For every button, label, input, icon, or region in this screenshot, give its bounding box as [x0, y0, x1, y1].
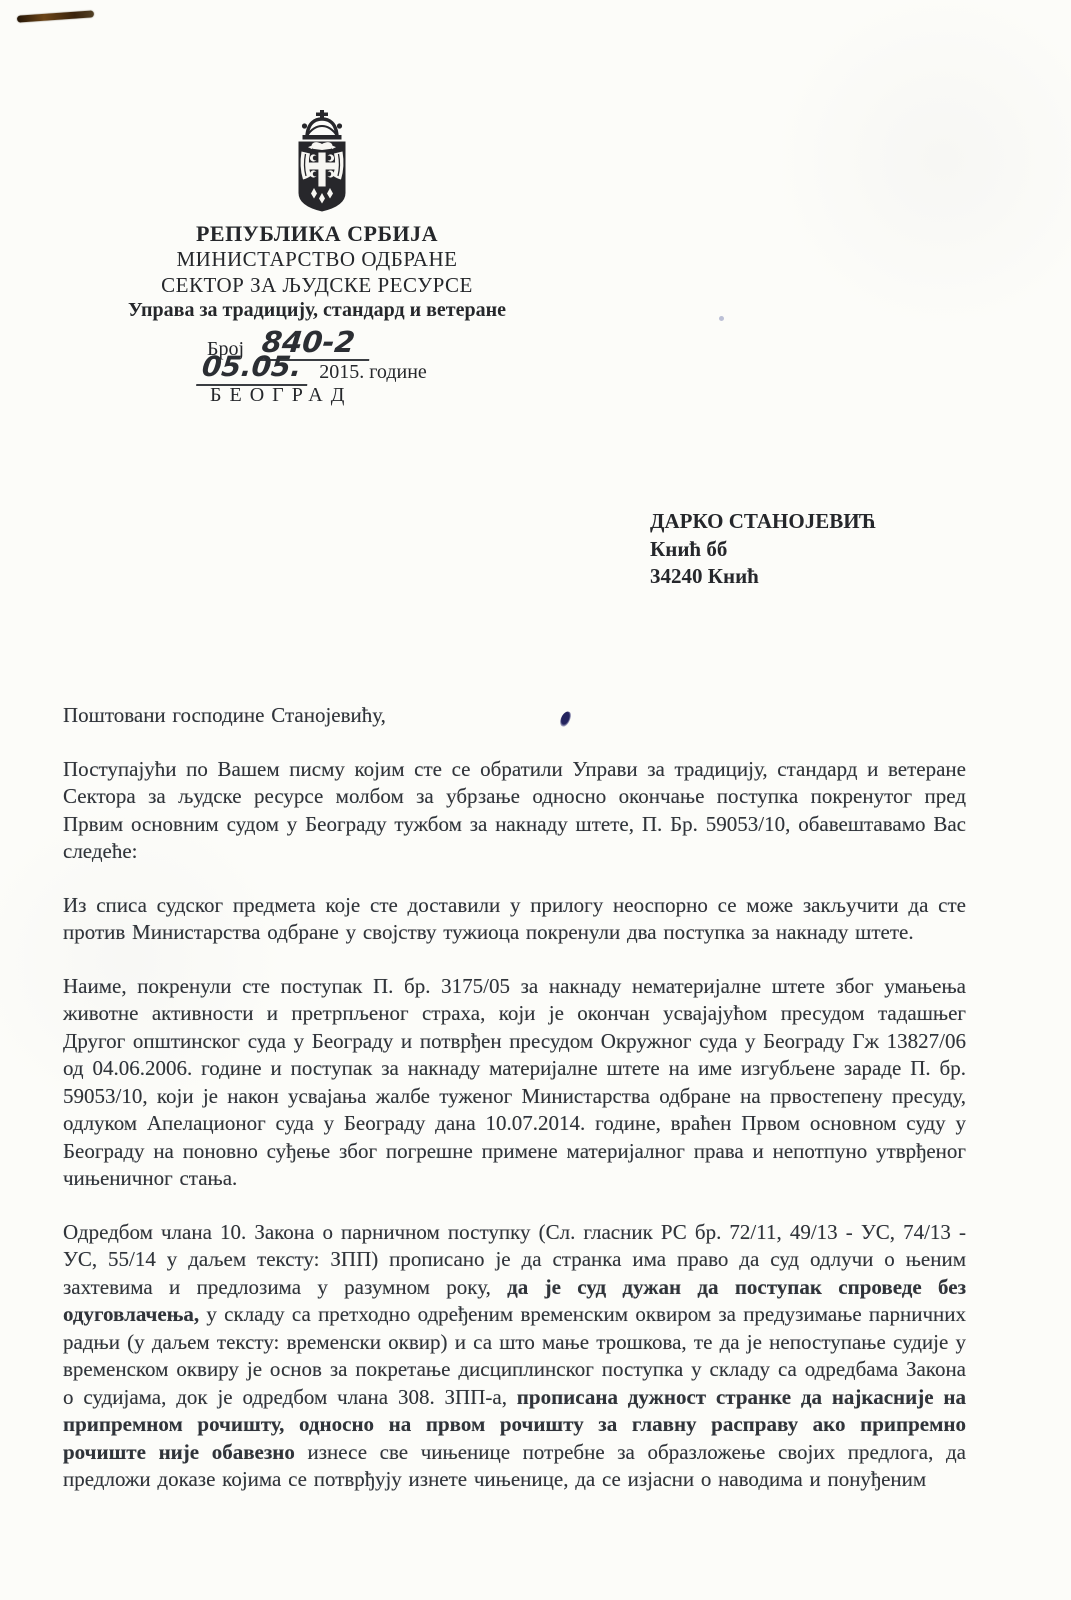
text-passage: Поступајући по Вашем писму којим сте се … [63, 757, 966, 864]
scanned-letter-page: РЕПУБЛИКА СРБИЈА МИНИСТАРСТВО ОДБРАНЕ СЕ… [0, 0, 1071, 1600]
recipient-block: ДАРКО СТАНОЈЕВИЋ Кнић бб 34240 Кнић [650, 508, 876, 591]
scan-artifact-dot [719, 316, 724, 321]
crown [302, 110, 342, 140]
letter-body: Поштовани господине Станојевићу, Поступа… [63, 702, 966, 1520]
letter-paragraphs: Поступајући по Вашем писму којим сте се … [63, 756, 966, 1494]
recipient-city: 34240 Кнић [650, 563, 876, 591]
scan-smudge-mark [17, 10, 94, 22]
serbia-coat-of-arms-icon [290, 110, 356, 216]
body-paragraph: Из списа судског предмета које сте доста… [63, 892, 966, 947]
letterhead-city: БЕОГРАД [210, 384, 352, 407]
letterhead-republic: РЕПУБЛИКА СРБИЈА [67, 221, 567, 247]
recipient-street: Кнић бб [650, 536, 876, 564]
letterhead-administration: Управа за традицију, стандард и ветеране [67, 299, 567, 322]
document-date-line: 05.05.2015. године [198, 352, 427, 388]
salutation: Поштовани господине Станојевићу, [63, 702, 966, 730]
letterhead-sector: СЕКТОР ЗА ЉУДСКЕ РЕСУРСЕ [67, 273, 567, 298]
text-passage: Из списа судског предмета које сте доста… [63, 893, 966, 945]
document-date-handwritten: 05.05. [196, 350, 311, 386]
document-date-printed: 2015. године [319, 361, 427, 383]
text-passage: Наиме, покренули сте поступак П. бр. 317… [63, 974, 966, 1191]
body-paragraph: Одредбом члана 10. Закона о парничном по… [63, 1219, 966, 1494]
recipient-name: ДАРКО СТАНОЈЕВИЋ [650, 508, 876, 536]
body-paragraph: Поступајући по Вашем писму којим сте се … [63, 756, 966, 866]
body-paragraph: Наиме, покренули сте поступак П. бр. 317… [63, 973, 966, 1193]
letterhead-ministry: МИНИСТАРСТВО ОДБРАНЕ [67, 247, 567, 272]
